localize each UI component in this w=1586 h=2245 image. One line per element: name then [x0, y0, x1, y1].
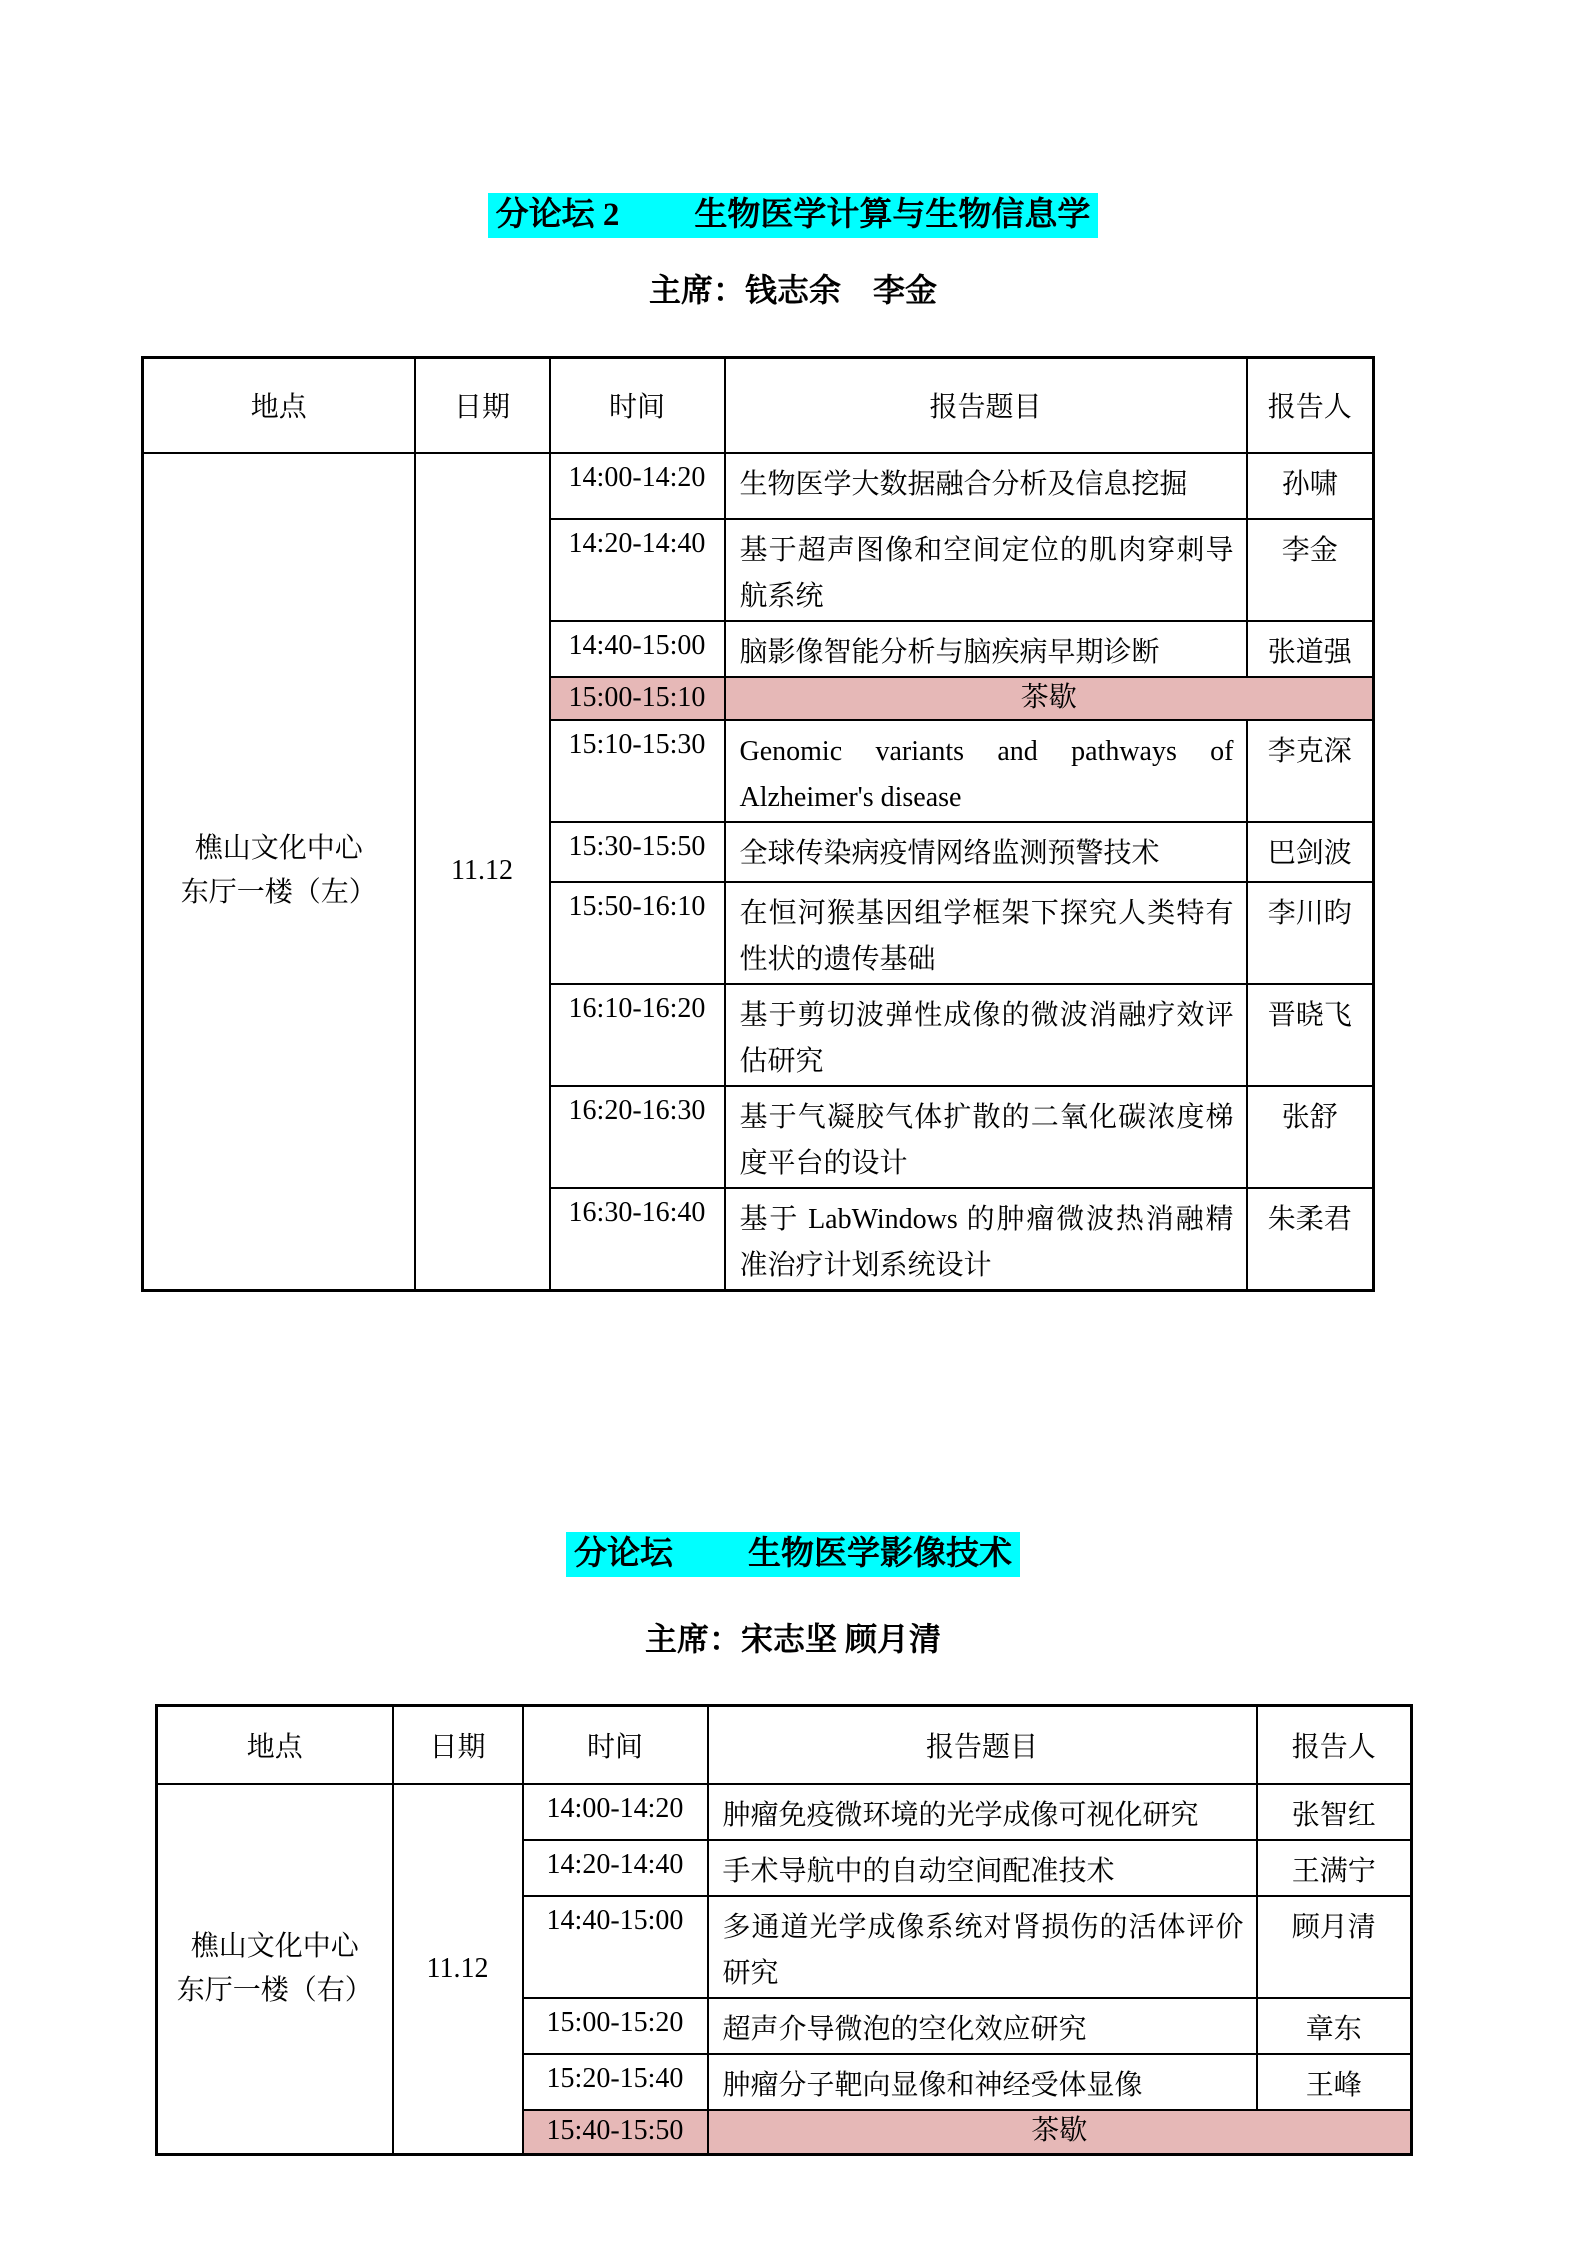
date-cell: 11.12 — [393, 1784, 523, 2154]
time-cell: 14:00-14:20 — [523, 1784, 708, 1840]
time-cell: 16:20-16:30 — [550, 1086, 725, 1188]
session-imaging-chairs: 主席：宋志坚 顾月清 — [0, 1620, 1586, 1658]
time-cell: 14:00-14:20 — [550, 453, 725, 519]
header-talk-title: 报告题目 — [725, 358, 1247, 453]
talk-title-cell: 基于 LabWindows 的肿瘤微波热消融精准治疗计划系统设计 — [725, 1188, 1247, 1291]
location-line2: 东厅一楼（左） — [145, 871, 413, 915]
conference-program-page: 分论坛 2生物医学计算与生物信息学 主席：钱志余 李金 地点 日期 时间 报告题… — [0, 0, 1586, 2156]
presenter-cell: 王峰 — [1257, 2054, 1412, 2110]
time-cell: 14:40-15:00 — [523, 1896, 708, 1998]
time-cell: 15:50-16:10 — [550, 882, 725, 984]
talk-title-cell: 全球传染病疫情网络监测预警技术 — [725, 822, 1247, 882]
session-imaging-title-main: 生物医学影像技术 — [748, 1536, 1012, 1572]
talk-title-cell: 肿瘤分子靶向显像和神经受体显像 — [708, 2054, 1257, 2110]
session-imaging-title-highlight: 分论坛生物医学影像技术 — [566, 1532, 1020, 1577]
time-cell: 15:00-15:10 — [550, 677, 725, 720]
time-cell: 15:00-15:20 — [523, 1998, 708, 2054]
time-cell: 14:40-15:00 — [550, 621, 725, 677]
tea-break-cell: 茶歇 — [725, 677, 1374, 720]
location-cell: 樵山文化中心 东厅一楼（左） — [143, 453, 415, 1291]
presenter-cell: 巴剑波 — [1247, 822, 1374, 882]
time-cell: 14:20-14:40 — [550, 519, 725, 621]
presenter-cell: 孙啸 — [1247, 453, 1374, 519]
presenter-cell: 王满宁 — [1257, 1840, 1412, 1896]
session-imaging-title-prefix: 分论坛 — [574, 1536, 673, 1572]
header-location: 地点 — [157, 1705, 393, 1784]
presenter-cell: 朱柔君 — [1247, 1188, 1374, 1291]
presenter-cell: 李川昀 — [1247, 882, 1374, 984]
talk-title-cell: 基于剪切波弹性成像的微波消融疗效评估研究 — [725, 984, 1247, 1086]
header-presenter: 报告人 — [1247, 358, 1374, 453]
table-header-row: 地点 日期 时间 报告题目 报告人 — [143, 358, 1374, 453]
presenter-cell: 张道强 — [1247, 621, 1374, 677]
table-row: 樵山文化中心 东厅一楼（左） 11.12 14:00-14:20 生物医学大数据… — [143, 453, 1374, 519]
location-cell: 樵山文化中心 东厅一楼（右） — [157, 1784, 393, 2154]
presenter-cell: 李金 — [1247, 519, 1374, 621]
time-cell: 15:40-15:50 — [523, 2110, 708, 2154]
header-time: 时间 — [550, 358, 725, 453]
location-line1: 樵山文化中心 — [159, 1925, 391, 1969]
presenter-cell: 张舒 — [1247, 1086, 1374, 1188]
presenter-cell: 李克深 — [1247, 720, 1374, 822]
talk-title-cell: 多通道光学成像系统对肾损伤的活体评价研究 — [708, 1896, 1257, 1998]
talk-title-cell: 手术导航中的自动空间配准技术 — [708, 1840, 1257, 1896]
session-2-title-highlight: 分论坛 2生物医学计算与生物信息学 — [488, 193, 1099, 238]
session-2-title-prefix: 分论坛 2 — [496, 197, 620, 233]
session-2-section: 分论坛 2生物医学计算与生物信息学 主席：钱志余 李金 地点 日期 时间 报告题… — [0, 193, 1586, 1292]
talk-title-cell: Genomic variants and pathways of Alzheim… — [725, 720, 1247, 822]
session-2-chairs: 主席：钱志余 李金 — [0, 271, 1586, 309]
time-cell: 16:10-16:20 — [550, 984, 725, 1086]
date-cell: 11.12 — [415, 453, 550, 1291]
talk-title-cell: 超声介导微泡的空化效应研究 — [708, 1998, 1257, 2054]
time-cell: 14:20-14:40 — [523, 1840, 708, 1896]
header-location: 地点 — [143, 358, 415, 453]
time-cell: 15:10-15:30 — [550, 720, 725, 822]
talk-title-cell: 基于气凝胶气体扩散的二氧化碳浓度梯度平台的设计 — [725, 1086, 1247, 1188]
talk-title-cell: 基于超声图像和空间定位的肌肉穿刺导航系统 — [725, 519, 1247, 621]
tea-break-cell: 茶歇 — [708, 2110, 1412, 2154]
talk-title-cell: 肿瘤免疫微环境的光学成像可视化研究 — [708, 1784, 1257, 1840]
location-line1: 樵山文化中心 — [145, 827, 413, 871]
presenter-cell: 顾月清 — [1257, 1896, 1412, 1998]
time-cell: 15:30-15:50 — [550, 822, 725, 882]
header-date: 日期 — [415, 358, 550, 453]
time-cell: 15:20-15:40 — [523, 2054, 708, 2110]
presenter-cell: 章东 — [1257, 1998, 1412, 2054]
location-line2: 东厅一楼（右） — [159, 1969, 391, 2013]
talk-title-cell: 在恒河猴基因组学框架下探究人类特有性状的遗传基础 — [725, 882, 1247, 984]
session-imaging-section: 分论坛生物医学影像技术 主席：宋志坚 顾月清 地点 日期 时间 报告题目 报告人… — [0, 1532, 1586, 2156]
session-2-schedule-table: 地点 日期 时间 报告题目 报告人 樵山文化中心 东厅一楼（左） 11.12 1… — [141, 356, 1375, 1292]
session-imaging-schedule-table: 地点 日期 时间 报告题目 报告人 樵山文化中心 东厅一楼（右） 11.12 1… — [155, 1704, 1413, 2156]
session-imaging-title-line: 分论坛生物医学影像技术 — [0, 1532, 1586, 1577]
talk-title-cell: 脑影像智能分析与脑疾病早期诊断 — [725, 621, 1247, 677]
talk-title-cell: 生物医学大数据融合分析及信息挖掘 — [725, 453, 1247, 519]
time-cell: 16:30-16:40 — [550, 1188, 725, 1291]
header-time: 时间 — [523, 1705, 708, 1784]
header-presenter: 报告人 — [1257, 1705, 1412, 1784]
session-2-title-main: 生物医学计算与生物信息学 — [694, 197, 1090, 233]
table-header-row: 地点 日期 时间 报告题目 报告人 — [157, 1705, 1412, 1784]
session-2-title-line: 分论坛 2生物医学计算与生物信息学 — [0, 193, 1586, 238]
table-row: 樵山文化中心 东厅一楼（右） 11.12 14:00-14:20 肿瘤免疫微环境… — [157, 1784, 1412, 1840]
presenter-cell: 晋晓飞 — [1247, 984, 1374, 1086]
presenter-cell: 张智红 — [1257, 1784, 1412, 1840]
header-talk-title: 报告题目 — [708, 1705, 1257, 1784]
header-date: 日期 — [393, 1705, 523, 1784]
